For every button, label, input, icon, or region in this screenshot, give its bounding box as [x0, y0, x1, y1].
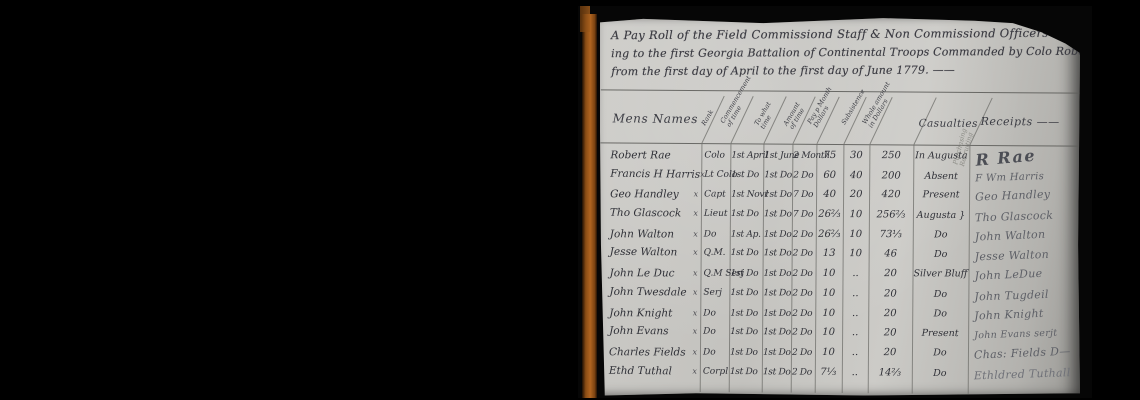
- name-check-mark: x: [693, 209, 698, 218]
- title-line-3: from the first day of April to the first…: [611, 61, 1067, 81]
- cell-amount: 20: [868, 347, 912, 358]
- title-block: A Pay Roll of the Field Commissiond Staf…: [611, 24, 1067, 81]
- cell-amount: 73⅓: [869, 229, 913, 240]
- cell-casualty: Augusta }: [913, 210, 969, 222]
- cell-to: 1st Do: [762, 327, 791, 337]
- cell-casualty: Do: [912, 347, 968, 358]
- cell-from: 1st Do: [730, 209, 763, 219]
- cell-subsist: ..: [842, 288, 868, 299]
- rule-under-title: [601, 89, 1081, 93]
- cell-rank: Do: [701, 229, 730, 239]
- cell-to: 1st Do: [763, 209, 792, 219]
- cell-casualty: Do: [912, 289, 968, 301]
- wood-frame-edge: [582, 14, 597, 398]
- column-header-receipts: Receipts ——: [981, 115, 1060, 129]
- cell-name: Tho Glascockx: [606, 207, 701, 220]
- title-line-1: A Pay Roll of the Field Commissiond Staf…: [611, 24, 1067, 45]
- cell-pay: 26⅔: [816, 229, 843, 240]
- cell-subsist: ..: [842, 308, 868, 319]
- cell-subsist: 20: [843, 190, 869, 201]
- cell-casualty: Silver Bluff: [913, 269, 969, 280]
- cell-time: 2 Do: [791, 288, 815, 298]
- cell-amount: 20: [869, 269, 913, 280]
- cell-rank: Do: [700, 327, 729, 337]
- cell-time: 2 Do: [792, 249, 816, 259]
- cell-subsist: 10: [843, 209, 869, 220]
- cell-name: Jesse Waltonx: [606, 246, 701, 259]
- cell-subsist: ..: [842, 367, 868, 378]
- cell-from: 1st Do: [729, 347, 762, 357]
- cell-name: Robert Rae: [606, 149, 701, 161]
- cell-receipt: Geo Handley: [969, 187, 1078, 204]
- cell-name: Geo Handleyx: [606, 188, 701, 200]
- cell-pay: 13: [816, 249, 843, 260]
- table-row: Tho GlascockxLieut1st Do1st Do7 Do26⅔102…: [606, 203, 1078, 227]
- column-header-to-what-time: To what time: [753, 101, 778, 131]
- cell-to: 1st Do: [762, 347, 791, 357]
- cell-time: 2 Do: [791, 367, 815, 377]
- cell-rank: Q.M Serj: [701, 268, 730, 278]
- cell-pay: 60: [816, 170, 843, 181]
- name-check-mark: x: [693, 288, 698, 297]
- table-row: Robert RaeColo1st April1st June2 Month75…: [606, 145, 1078, 166]
- cell-to: 1st Do: [762, 288, 791, 298]
- cell-name: John Evansx: [605, 325, 700, 338]
- cell-to: 1st Do: [762, 367, 791, 377]
- cell-rank: Serj: [700, 287, 729, 297]
- column-header-mens-names: Mens Names: [613, 111, 698, 126]
- cell-rank: Do: [700, 347, 729, 357]
- roll-rows: Robert RaeColo1st April1st June2 Month75…: [605, 144, 1079, 384]
- cell-amount: 256⅔: [869, 210, 913, 221]
- cell-time: 7 Do: [792, 190, 816, 200]
- cell-receipt: F Wm Harris: [969, 170, 1078, 185]
- cell-rank: Lieut: [701, 209, 730, 219]
- cell-casualty: Present: [913, 190, 969, 201]
- cell-to: 1st Do: [763, 190, 792, 200]
- table-row: Charles FieldsxDo1st Do1st Do2 Do10..20D…: [605, 342, 1077, 363]
- table-row: Ethd TuthalxCorpl1st Do1st Do2 Do7⅓..14⅔…: [605, 360, 1077, 384]
- cell-amount: 420: [869, 190, 913, 201]
- cell-pay: 10: [815, 327, 842, 338]
- cell-rank: Lt Colo: [701, 169, 730, 179]
- cell-from: 1st Do: [730, 248, 763, 258]
- cell-casualty: In Augusta: [913, 151, 969, 162]
- wood-frame-corner: [580, 6, 590, 32]
- cell-time: 2 Do: [791, 328, 815, 338]
- cell-from: 1st Do: [730, 169, 763, 179]
- cell-name: John Le Ducx: [606, 267, 701, 279]
- cell-from: 1st Do: [729, 288, 762, 298]
- name-check-mark: x: [692, 348, 697, 357]
- name-check-mark: x: [693, 269, 698, 278]
- column-header-amount-of-time: Amount of time: [782, 101, 807, 130]
- cell-amount: 250: [869, 150, 913, 161]
- name-check-mark: x: [693, 248, 698, 257]
- cell-to: 1st Do: [763, 249, 792, 259]
- cell-subsist: 40: [843, 170, 869, 181]
- cell-name: Ethd Tuthalx: [605, 364, 700, 377]
- cell-casualty: Do: [913, 229, 969, 240]
- document-photo: A Pay Roll of the Field Commissiond Staf…: [578, 6, 1092, 398]
- cell-time: 2 Do: [791, 308, 815, 318]
- cell-pay: 75: [816, 150, 843, 161]
- cell-subsist: 10: [843, 229, 869, 240]
- cell-receipt: John Walton: [969, 227, 1078, 244]
- cell-time: 2 Do: [792, 269, 816, 279]
- cell-name: Charles Fieldsx: [605, 346, 700, 358]
- cell-time: 2 Do: [791, 348, 815, 358]
- cell-name: Francis H Harrisx: [606, 167, 701, 180]
- cell-amount: 20: [868, 288, 912, 299]
- cell-from: 1st April: [730, 150, 763, 160]
- cell-amount: 20: [868, 328, 912, 339]
- cell-from: 1st Novr: [730, 190, 763, 200]
- cell-to: 1st June: [763, 151, 792, 161]
- cell-pay: 26⅔: [816, 209, 843, 220]
- title-line-2: ing to the first Georgia Battalion of Co…: [611, 43, 1067, 63]
- cell-receipt: Chas: Fields D—: [968, 345, 1077, 362]
- name-check-mark: x: [693, 308, 698, 317]
- cell-rank: Q.M.: [701, 248, 730, 258]
- cell-subsist: 10: [843, 249, 869, 260]
- cell-to: 1st Do: [763, 229, 792, 239]
- cell-amount: 200: [869, 170, 913, 181]
- cell-name: John Waltonx: [606, 228, 701, 240]
- cell-casualty: Do: [912, 368, 968, 380]
- cell-time: 7 Do: [792, 209, 816, 219]
- cell-receipt: Ethldred Tuthall: [968, 366, 1077, 383]
- cell-rank: Colo: [701, 150, 730, 160]
- name-check-mark: x: [694, 190, 699, 199]
- cell-pay: 10: [815, 347, 842, 358]
- cell-pay: 10: [816, 268, 843, 279]
- cell-time: 2 Do: [792, 170, 816, 180]
- cell-from: 1st Do: [729, 327, 762, 337]
- cell-pay: 7⅓: [815, 367, 842, 378]
- cell-amount: 14⅔: [868, 367, 912, 378]
- cell-time: 2 Month: [792, 151, 816, 161]
- cell-from: 1st Do: [729, 308, 762, 318]
- cell-receipt: John LeDue: [968, 266, 1077, 283]
- cell-subsist: ..: [842, 328, 868, 339]
- name-check-mark: x: [693, 230, 698, 239]
- cell-from: 1st Do: [729, 366, 762, 376]
- cell-rank: Corpl: [700, 366, 729, 376]
- cell-subsist: 30: [843, 150, 869, 161]
- cell-rank: Capt: [701, 190, 730, 200]
- cell-receipt: Jesse Walton: [968, 248, 1077, 265]
- table-row: John TwesdalexSerj1st Do1st Do2 Do10..20…: [605, 282, 1077, 306]
- cell-casualty: Absent: [913, 171, 969, 183]
- payroll-paper: A Pay Roll of the Field Commissiond Staf…: [600, 17, 1080, 397]
- cell-from: 1st Do: [730, 269, 763, 279]
- name-check-mark: x: [692, 366, 697, 375]
- cell-subsist: ..: [842, 347, 868, 358]
- cell-to: 1st Do: [763, 170, 792, 180]
- cell-name: John Knightx: [605, 307, 700, 319]
- cell-pay: 10: [815, 288, 842, 299]
- cell-receipt: Tho Glascock: [969, 208, 1078, 225]
- cell-rank: Do: [700, 308, 729, 318]
- cell-receipt: John Knight: [968, 305, 1077, 322]
- cell-name: John Twesdalex: [605, 285, 700, 298]
- cell-pay: 10: [815, 308, 842, 319]
- cell-amount: 20: [868, 308, 912, 319]
- cell-casualty: Do: [913, 249, 969, 261]
- cell-time: 2 Do: [792, 229, 816, 239]
- cell-receipt: John Tugdeil: [968, 287, 1077, 304]
- cell-receipt: R Rae: [969, 142, 1079, 170]
- column-header-casualties: Casualties: [919, 118, 978, 130]
- cell-casualty: Do: [912, 308, 968, 319]
- name-check-mark: x: [693, 327, 698, 336]
- cell-from: 1st Ap.: [730, 229, 763, 239]
- cell-to: 1st Do: [762, 308, 791, 318]
- cell-subsist: ..: [843, 268, 869, 279]
- cell-to: 1st Do: [763, 269, 792, 279]
- cell-amount: 46: [869, 249, 913, 260]
- cell-casualty: Present: [912, 328, 968, 340]
- cell-receipt: John Evans serjt: [968, 327, 1077, 342]
- cell-pay: 40: [816, 190, 843, 201]
